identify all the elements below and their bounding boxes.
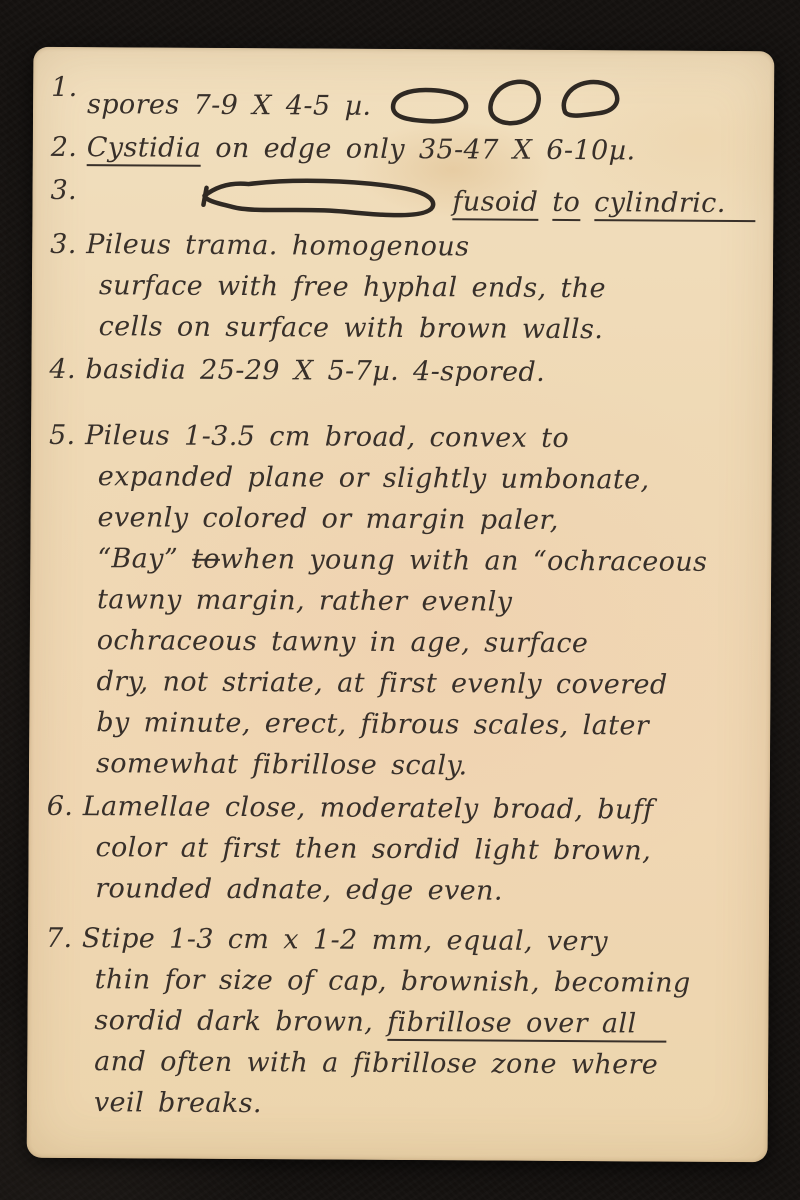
note-entry: 6.Lamellae close, moderately broad, buff… bbox=[44, 786, 754, 913]
handwriting-segment: somewhat fibrillose scaly. bbox=[96, 748, 468, 781]
handwriting-line: evenly colored or margin paler, bbox=[84, 497, 755, 542]
handwriting-line: dry, not striate, at first evenly covere… bbox=[83, 661, 754, 706]
note-entry: 4.basidia 25-29 X 5-7µ. 4-spored. bbox=[47, 349, 756, 394]
handwriting-segment: Lamellae close, moderately broad, buff bbox=[83, 791, 654, 825]
handwriting-segment: fusoid bbox=[452, 186, 538, 221]
handwriting-segment: Pileus 1-3.5 cm broad, convex to bbox=[85, 420, 569, 454]
handwriting-line: 5.Pileus 1-3.5 cm broad, convex to bbox=[85, 415, 756, 460]
handwriting-line: ochraceous tawny in age, surface bbox=[84, 620, 755, 665]
handwriting-segment: sordid dark brown, bbox=[94, 1005, 387, 1038]
handwriting-segment: thin for size of cap, brownish, becoming bbox=[95, 964, 691, 999]
handwriting-segment: Stipe 1-3 cm x 1-2 mm, equal, very bbox=[82, 923, 608, 957]
handwriting-segment: Pileus trama. homogenous bbox=[86, 229, 469, 262]
handwriting-line: surface with free hyphal ends, the bbox=[86, 265, 757, 310]
note-entry: 2.Cystidia on edge only 35-47 X 6-10µ. bbox=[49, 127, 758, 172]
note-lines: 1.spores 7-9 X 4-5 µ. 2.Cystidia on edge… bbox=[43, 67, 759, 1154]
item-number: 5. bbox=[49, 415, 76, 456]
handwriting-line: and often with a fibrillose zone where bbox=[81, 1041, 752, 1086]
handwriting-line: veil breaks. bbox=[81, 1082, 752, 1127]
handwriting-segment: expanded plane or slightly umbonate, bbox=[98, 461, 650, 495]
handwriting-segment: when young with an “ochraceous bbox=[220, 544, 708, 578]
handwriting-segment: color at first then sordid light brown, bbox=[95, 832, 651, 866]
handwriting-line: sordid dark brown, fibrillose over all bbox=[81, 1000, 752, 1045]
handwriting-segment: surface with free hyphal ends, the bbox=[99, 270, 606, 304]
note-entry: 3. fusoid to cylindric. bbox=[48, 170, 757, 226]
handwriting-segment: to bbox=[552, 187, 580, 221]
note-entry: 7.Stipe 1-3 cm x 1-2 mm, equal, verythin… bbox=[43, 918, 753, 1127]
cystidium-outline-drawing bbox=[142, 170, 442, 224]
handwriting-line: 4.basidia 25-29 X 5-7µ. 4-spored. bbox=[85, 349, 756, 394]
handwriting-segment: rounded adnate, edge even. bbox=[95, 873, 503, 906]
handwriting-segment: fibrillose over all bbox=[387, 1007, 667, 1043]
note-entry: 3.Pileus trama. homogenoussurface with f… bbox=[48, 224, 758, 351]
handwriting-segment: and often with a fibrillose zone where bbox=[94, 1046, 658, 1080]
handwriting-segment bbox=[538, 187, 552, 218]
index-card: 1.spores 7-9 X 4-5 µ. 2.Cystidia on edge… bbox=[27, 47, 775, 1163]
handwriting-line: thin for size of cap, brownish, becoming bbox=[82, 959, 753, 1004]
handwriting-segment: cells on surface with brown walls. bbox=[99, 311, 604, 345]
handwriting-segment: evenly colored or margin paler, bbox=[97, 502, 558, 536]
handwriting-segment: basidia 25-29 X 5-7µ. 4-spored. bbox=[85, 354, 545, 388]
handwriting-line: 1.spores 7-9 X 4-5 µ. bbox=[87, 67, 758, 129]
handwriting-segment bbox=[580, 187, 594, 218]
handwriting-line: 3.Pileus trama. homogenous bbox=[86, 224, 757, 269]
handwriting-line: rounded adnate, edge even. bbox=[82, 868, 753, 913]
handwriting-segment: veil breaks. bbox=[94, 1087, 262, 1119]
handwriting-segment: Cystidia bbox=[87, 132, 202, 167]
handwriting-segment: ochraceous tawny in age, surface bbox=[97, 625, 589, 659]
handwriting-line: 3. fusoid to cylindric. bbox=[86, 170, 757, 226]
handwriting-line: tawny margin, rather evenly bbox=[84, 579, 755, 624]
note-entry: 1.spores 7-9 X 4-5 µ. bbox=[49, 67, 758, 129]
handwriting-line: 6.Lamellae close, moderately broad, buff bbox=[83, 786, 754, 831]
note-entry: 5.Pileus 1-3.5 cm broad, convex toexpand… bbox=[45, 415, 756, 788]
handwriting-line: by minute, erect, fibrous scales, later bbox=[83, 702, 754, 747]
handwriting-segment: tawny margin, rather evenly bbox=[97, 584, 513, 618]
handwriting-line: expanded plane or slightly umbonate, bbox=[85, 456, 756, 501]
handwriting-line: somewhat fibrillose scaly. bbox=[83, 743, 754, 788]
item-number: 6. bbox=[47, 786, 74, 827]
handwriting-segment: by minute, erect, fibrous scales, later bbox=[96, 707, 649, 741]
handwriting-line: color at first then sordid light brown, bbox=[82, 827, 753, 872]
handwriting-line: 2.Cystidia on edge only 35-47 X 6-10µ. bbox=[87, 127, 758, 172]
handwriting-segment: cylindric. bbox=[594, 187, 756, 222]
spore-outlines-drawing bbox=[385, 69, 620, 128]
item-number: 3. bbox=[50, 224, 77, 265]
item-number: 2. bbox=[51, 127, 78, 168]
handwriting-segment: to bbox=[192, 544, 220, 575]
handwriting-line: cells on surface with brown walls. bbox=[86, 306, 757, 351]
item-number: 4. bbox=[49, 349, 76, 390]
item-number: 3. bbox=[50, 170, 77, 211]
handwriting-segment: on edge only 35-47 X 6-10µ. bbox=[201, 133, 635, 167]
handwriting-line: 7.Stipe 1-3 cm x 1-2 mm, equal, very bbox=[82, 918, 753, 963]
item-number: 7. bbox=[46, 918, 73, 959]
handwriting-segment: dry, not striate, at first evenly covere… bbox=[96, 666, 667, 700]
item-number: 1. bbox=[51, 67, 78, 108]
handwriting-segment: “Bay” bbox=[97, 543, 192, 575]
handwriting-segment: spores 7-9 X 4-5 µ. bbox=[87, 89, 372, 122]
handwriting-line: “Bay” towhen young with an “ochraceous bbox=[84, 538, 755, 583]
